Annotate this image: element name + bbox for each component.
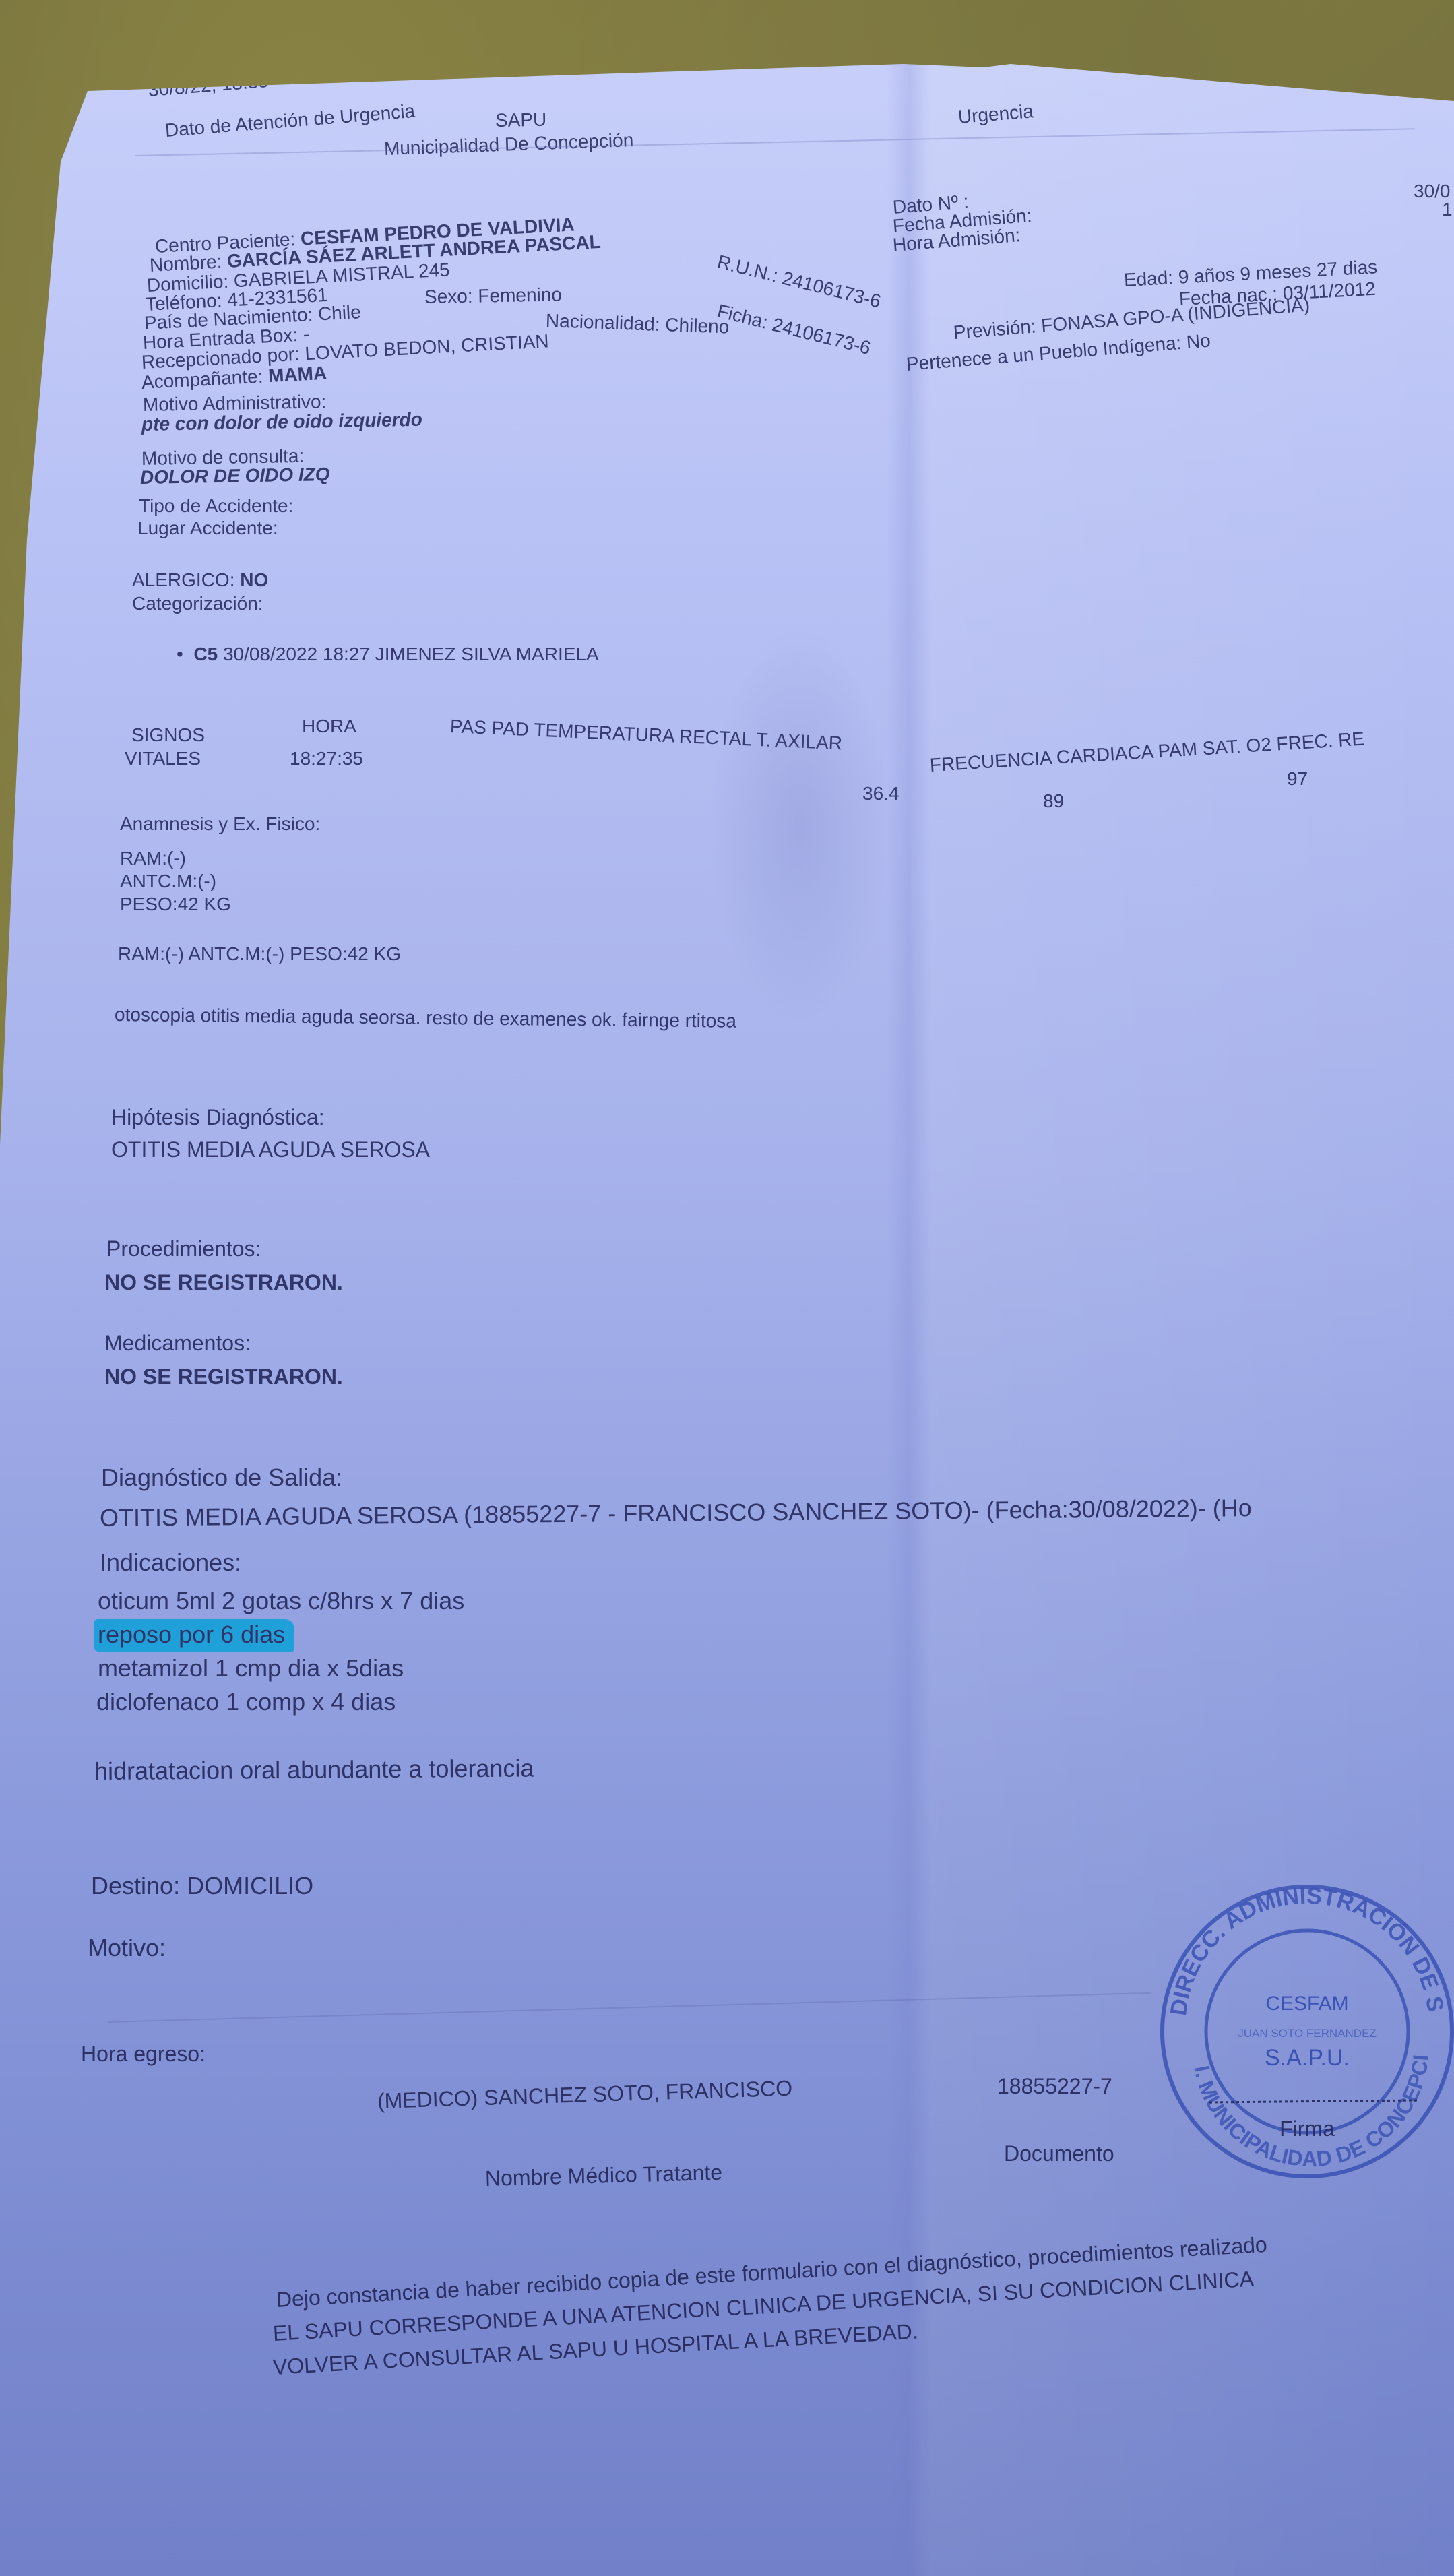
indicaciones-label: Indicaciones:: [100, 1548, 241, 1577]
hora-egreso-label: Hora egreso:: [81, 2042, 206, 2067]
alergico-value: NO: [240, 569, 268, 590]
run-field: R.U.N.: 24106173-6: [715, 251, 883, 312]
pueblo-indigena: Pertenece a un Pueblo Indígena: No: [906, 330, 1211, 375]
hipotesis-value: OTITIS MEDIA AGUDA SEROSA: [111, 1137, 430, 1162]
stamp-seal-icon: DIRECC. ADMINISTRACIÓN DE SALUD I. MUNIC…: [1145, 1863, 1454, 2187]
service-name: SAPU: [495, 109, 547, 131]
vitals-col-sat-o2: SAT. O2: [1202, 734, 1272, 759]
stamp-center-line3: S.A.P.U.: [1265, 2045, 1350, 2071]
official-stamp: DIRECC. ADMINISTRACIÓN DE SALUD I. MUNIC…: [1145, 1863, 1454, 2187]
diagnostico-salida-label: Diagnóstico de Salida:: [101, 1464, 342, 1492]
vitals-col-t-axilar: T. AXILAR: [756, 729, 843, 754]
sexo: Sexo: Femenino: [424, 284, 562, 308]
printed-form-sheet: 30/8/22, 18:35 Dato de Atención de Urgen…: [0, 0, 1454, 2576]
indicacion-item: oticum 5ml 2 gotas c/8hrs x 7 dias: [98, 1587, 464, 1615]
vitals-title-line1: SIGNOS: [131, 724, 205, 746]
hora-box-value: -: [303, 323, 310, 344]
vitals-col-hora: HORA: [302, 716, 356, 737]
indicacion-item: metamizol 1 cmp dia x 5dias: [98, 1654, 404, 1683]
ficha-field: Ficha: 24106173-6: [715, 300, 873, 359]
motivo-consulta-value: DOLOR DE OIDO IZQ: [140, 464, 330, 489]
anamnesis-label: Anamnesis y Ex. Fisico:: [120, 813, 320, 835]
vitals-hora-value: 18:27:35: [290, 748, 363, 769]
run-label: R.U.N.:: [715, 251, 780, 286]
diagnostico-salida-value: OTITIS MEDIA AGUDA SEROSA (18855227-7 - …: [100, 1494, 1252, 1532]
alergico-label: ALERGICO:: [132, 569, 234, 590]
categoria-text: 30/08/2022 18:27 JIMENEZ SILVA MARIELA: [223, 643, 599, 664]
bullet-icon: •: [177, 643, 189, 664]
form-title: Dato de Atención de Urgencia: [164, 100, 416, 142]
ficha-value: 24106173-6: [770, 314, 873, 358]
signature-caption: Firma: [1279, 2116, 1335, 2141]
destino: Destino: DOMICILIO: [91, 1872, 313, 1900]
procedimientos-label: Procedimientos:: [106, 1236, 261, 1261]
vitals-col-pad: PAD: [491, 718, 530, 740]
recepcionado-value: LOVATO BEDON, CRISTIAN: [305, 330, 550, 364]
procedimientos-value: NO SE REGISTRARON.: [104, 1270, 343, 1295]
nacionalidad: Nacionalidad: Chileno: [545, 310, 729, 338]
anamnesis-line-ram: RAM:(-): [120, 848, 186, 869]
indicacion-item: diclofenaco 1 comp x 4 dias: [96, 1688, 396, 1716]
pueblo-label: Pertenece a un Pueblo Indígena:: [906, 332, 1182, 375]
vitals-header-left: PAS PAD TEMPERATURA RECTAL T. AXILAR: [449, 716, 842, 754]
vitals-col-pam: PAM: [1158, 739, 1198, 762]
lugar-accidente-label: Lugar Accidente:: [137, 517, 278, 539]
doctor-name-caption: Nombre Médico Tratante: [485, 2160, 723, 2191]
vitals-col-frec-resp: FREC. RE: [1276, 728, 1365, 755]
doctor-document: 18855227-7: [997, 2074, 1112, 2099]
destino-motivo-label: Motivo:: [88, 1934, 166, 1962]
hora-admision-value: 1: [1442, 199, 1453, 220]
nacionalidad-value: Chileno: [665, 314, 730, 337]
vitals-frec-cardiaca-value: 89: [1043, 790, 1064, 812]
urgencia-title: Urgencia: [957, 100, 1034, 128]
acompanante-value: MAMA: [267, 363, 327, 387]
pais-value: Chile: [317, 301, 361, 324]
tipo-accidente-label: Tipo de Accidente:: [139, 495, 293, 517]
municipality-name: Municipalidad De Concepción: [383, 129, 633, 160]
anamnesis-line-peso: PESO:42 KG: [120, 893, 231, 915]
hipotesis-label: Hipótesis Diagnóstica:: [111, 1105, 325, 1130]
header-divider: [135, 128, 1415, 156]
stamp-center-line1: CESFAM: [1265, 1992, 1348, 2015]
doctor-document-caption: Documento: [1004, 2141, 1114, 2166]
prevision-value: FONASA GPO-A (INDIGENCIA): [1040, 294, 1310, 336]
edad-label: Edad:: [1123, 267, 1174, 290]
anamnesis-line-antc: ANTC.M:(-): [120, 871, 216, 892]
medicamentos-value: NO SE REGISTRARON.: [104, 1364, 343, 1389]
alergico: ALERGICO: NO: [132, 569, 268, 591]
anamnesis-summary: RAM:(-) ANTC.M:(-) PESO:42 KG: [118, 943, 401, 965]
run-value: 24106173-6: [780, 268, 883, 312]
nacionalidad-label: Nacionalidad:: [545, 310, 660, 335]
vitals-sat-o2-value: 97: [1287, 768, 1308, 790]
indicacion-item-highlighted: reposo por 6 dias: [98, 1621, 294, 1649]
fold-line: [108, 1992, 1151, 2023]
print-datetime: 30/8/22, 18:35: [148, 70, 270, 101]
doctor-name: (MEDICO) SANCHEZ SOTO, FRANCISCO: [377, 2076, 792, 2114]
sexo-value: Femenino: [478, 284, 562, 306]
vitals-col-pas: PAS: [449, 716, 486, 738]
vitals-t-axilar-value: 36.4: [862, 783, 899, 805]
vitals-col-temp-rectal: TEMPERATURA RECTAL: [534, 719, 752, 749]
categorizacion-item: • C5 30/08/2022 18:27 JIMENEZ SILVA MARI…: [177, 643, 599, 665]
categorizacion-label: Categorización:: [132, 593, 263, 615]
indicacion-extra: hidratatacion oral abundante a toleranci…: [94, 1754, 534, 1786]
prevision-label: Previsión:: [953, 315, 1037, 343]
categoria-code: C5: [193, 643, 218, 664]
pueblo-value: No: [1186, 330, 1211, 353]
medicamentos-label: Medicamentos:: [104, 1331, 251, 1356]
highlighted-text: reposo por 6 dias: [94, 1619, 294, 1652]
destino-value: DOMICILIO: [187, 1872, 313, 1899]
destino-label: Destino:: [91, 1872, 180, 1899]
vitals-col-frec-cardiaca: FRECUENCIA CARDIACA: [929, 741, 1153, 776]
sexo-label: Sexo:: [424, 286, 473, 307]
vitals-title-line2: VITALES: [125, 748, 201, 769]
motivo-administrativo-value: pte con dolor de oido izquierdo: [141, 409, 422, 435]
stamp-center-line2: JUAN SOTO FERNANDEZ: [1238, 2027, 1377, 2040]
anamnesis-exam: otoscopia otitis media aguda seorsa. res…: [115, 1004, 736, 1032]
